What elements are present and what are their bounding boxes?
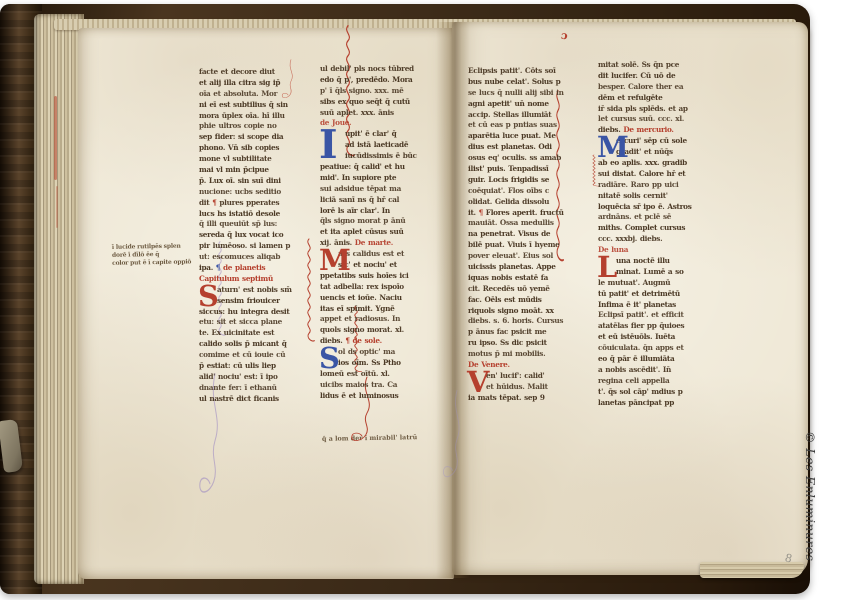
manuscript-line: mai vl min p̄cipue bbox=[199, 165, 313, 176]
manuscript-line: mid'. In supiore pte bbox=[320, 173, 438, 184]
folio-number-pencil: 8 bbox=[784, 551, 794, 565]
manuscript-line: iucūdissimis ē būc bbox=[320, 151, 438, 162]
drop-initial-M: M bbox=[319, 246, 351, 275]
manuscript-line: cōuiculata. q̄n apps et bbox=[598, 343, 720, 354]
manuscript-line: oīa et absoluta. Mor bbox=[199, 89, 313, 100]
manuscript-line: dius est planetas. Odi bbox=[468, 142, 590, 153]
manuscript-line: facte et decore diut bbox=[199, 67, 313, 78]
manuscript-line: liciā sanī ns q̄ hr̄ cal bbox=[320, 194, 438, 205]
manuscript-line: nitatē solis cernit' bbox=[598, 190, 720, 201]
manuscript-line: coēquiat'. Flos oībs c bbox=[468, 186, 590, 197]
manuscript-line: ul debil' pls nocs tūbred bbox=[320, 64, 438, 75]
manuscript-line: te. Ex uicinitate est bbox=[199, 328, 313, 339]
manuscript-line: peatiue: q̄ calid' et hu bbox=[320, 162, 438, 173]
manuscript-line: sui distat. Calore hr̄ et bbox=[598, 169, 720, 180]
manuscript-line: lanetas pāncipat pp bbox=[598, 397, 720, 408]
manuscript-line: tū patit' et detrimētū bbox=[598, 288, 720, 299]
manuscript-line: bus nube celat'. Solus p bbox=[468, 77, 590, 88]
manuscript-line: ru ipso. Ss dic psicit bbox=[468, 338, 590, 349]
manuscript-line: ad istā laeticadē bbox=[320, 140, 438, 151]
text-column-right-1: Eclipsis patit'. Cōts soībus nube celat'… bbox=[468, 66, 590, 404]
manuscript-line: sibs ex quo seq̄t q̄ cutū bbox=[320, 96, 438, 107]
manuscript-line: bilē puat. Viuis ī hyeme bbox=[468, 240, 590, 251]
manuscript-line: tat adbella: rex ispoīo bbox=[320, 282, 438, 293]
manuscript-line: ilist' puis. Tenpadissī bbox=[468, 164, 590, 175]
text-layer: ī lucide rutilpēs splendorē ī dīlō ēe q̄… bbox=[0, 4, 810, 594]
manuscript-line: t'. q̄s sol cāp' mdius p bbox=[598, 387, 720, 398]
manuscript-line: fac. Oēls est mūdis bbox=[468, 294, 590, 305]
manuscript-line: a nobis ascēdit'. In̄ bbox=[598, 365, 720, 376]
text-column-right-2: mitat solē. Ss q̄n pcedit lucifer. Cū uō… bbox=[598, 60, 720, 409]
manuscript-line: guir. Locis frigidis se bbox=[468, 175, 590, 186]
manuscript-line: sereda q̄ lux vocat ico bbox=[199, 230, 313, 241]
manuscript-line: mitat solē. Ss q̄n pce bbox=[598, 60, 720, 71]
text-column-left-2: ul debil' pls nocs tūbrededo q̄ p', pred… bbox=[320, 64, 438, 402]
manuscript-line: ipa. ¶ de planetis bbox=[199, 263, 313, 274]
manuscript-line: mone vl subtilitate bbox=[199, 154, 313, 165]
drop-initial-M: M bbox=[597, 133, 629, 162]
manuscript-line: pover eleuat'. Eius sol bbox=[468, 251, 590, 262]
manuscript-line: nucione: ucbs seditio bbox=[199, 187, 313, 198]
manuscript-line: agni apetit' un̄ nome bbox=[468, 98, 590, 109]
manuscript-line: se lucs q̄ nulli alij sibi in bbox=[468, 88, 590, 99]
manuscript-line: dit ¶ plures pperates bbox=[199, 197, 313, 208]
manuscript-line: et eū istēuōls. Iuēta bbox=[598, 332, 720, 343]
manuscript-line: p' ī q̄ls signo. xxx. mē bbox=[320, 86, 438, 97]
manuscript-line: iquas nobis estatē fa bbox=[468, 273, 590, 284]
manuscript-line: comime et cū iouie cū bbox=[199, 350, 313, 361]
manuscript-line: besper. Calore ther ea bbox=[598, 82, 720, 93]
manuscript-photo: ī lucide rutilpēs splendorē ī dīlō ēe q̄… bbox=[0, 0, 849, 600]
manuscript-line: sep fider: si scope dia bbox=[199, 132, 313, 143]
manuscript-line: phono. Vn̄ sib copies bbox=[199, 143, 313, 154]
manuscript-line: uicissis planetas. Appe bbox=[468, 262, 590, 273]
manuscript-line: pir lumēoso. si lamen p bbox=[199, 241, 313, 252]
manuscript-line: p ānus fac psicit me bbox=[468, 327, 590, 338]
manuscript-line: motus p̄ mi mobilis. bbox=[468, 349, 590, 360]
manuscript-line: aparētia luce puat. Me bbox=[468, 131, 590, 142]
manuscript-line: sui adsidue tēpat ma bbox=[320, 184, 438, 195]
manuscript-line: eo q̄ pār ē illumiāta bbox=[598, 354, 720, 365]
manuscript-line: regina celi appella bbox=[598, 376, 720, 387]
manuscript-line: calido solis p̄ micant q̄ bbox=[199, 339, 313, 350]
manuscript-line: cit. Recedēs uō yemē bbox=[468, 284, 590, 295]
manuscript-line: lidus ē et luminosus bbox=[320, 391, 438, 402]
marginal-gloss: ī lucide rutilpēs splendorē ī dīlō ēe q̄… bbox=[112, 242, 207, 268]
quire-mark: ɔ bbox=[560, 29, 568, 43]
manuscript-line: Eclipsis patit'. Cōts soī bbox=[468, 66, 590, 77]
manuscript-line: atatēlas fier pp q̄uioes bbox=[598, 321, 720, 332]
manuscript-line: ni eī est subtilius q̄ sin bbox=[199, 99, 313, 110]
manuscript-line: ut: escomuces aliqab bbox=[199, 252, 313, 263]
drop-initial-V: V bbox=[467, 368, 489, 397]
manuscript-line: uencis et ioūe. Naciu bbox=[320, 292, 438, 303]
manuscript-line: dit lucifer. Cū uō de bbox=[598, 71, 720, 82]
book: ī lucide rutilpēs splendorē ī dīlō ēe q̄… bbox=[0, 4, 810, 594]
manuscript-line: quols signo morat. xl. bbox=[320, 325, 438, 336]
manuscript-line: ul nastrē dict ficanis bbox=[199, 394, 313, 405]
marginal-gloss-line: color put ē ī capite oppiō bbox=[112, 258, 207, 268]
manuscript-line: dnante fer: ī ethanū bbox=[199, 383, 313, 394]
manuscript-line: p̄. Lux oī. sin suī dini bbox=[199, 176, 313, 187]
manuscript-line: miths. Complet cursus bbox=[598, 223, 720, 234]
manuscript-line: upit' ē clar' q̄ bbox=[320, 129, 438, 140]
drop-initial-L: L bbox=[597, 253, 617, 282]
manuscript-line: radiāre. Raro pp uici bbox=[598, 180, 720, 191]
manuscript-line: edo q̄ p', predēdo. Mora bbox=[320, 75, 438, 86]
manuscript-line: na penetrat. Visus de bbox=[468, 229, 590, 240]
manuscript-line: et ita aplet cūsus suū bbox=[320, 227, 438, 238]
manuscript-line: uicibs maios tra. Ca bbox=[320, 380, 438, 391]
manuscript-line: alid' nociu' est: ī ipo bbox=[199, 372, 313, 383]
drop-initial-S: S bbox=[198, 282, 219, 311]
manuscript-line: osus eq' oculis. ss amab bbox=[468, 153, 590, 164]
manuscript-line: p̄ estiat: cū ulis liep bbox=[199, 361, 313, 372]
manuscript-line: dēm et refulgēte bbox=[598, 92, 720, 103]
manuscript-line: et alij illa citra sig ip̄ bbox=[199, 78, 313, 89]
manuscript-line: ccc. xxxbj. diebs. bbox=[598, 234, 720, 245]
manuscript-line: olidat. Gelida dissolu bbox=[468, 196, 590, 207]
drop-initial-S: S bbox=[319, 344, 340, 373]
text-column-left-1: facte et decore diutet alij illa citra s… bbox=[199, 67, 313, 405]
drop-initial-I: I bbox=[319, 126, 337, 166]
copyright-watermark: © Les Enluminures bbox=[803, 431, 818, 561]
